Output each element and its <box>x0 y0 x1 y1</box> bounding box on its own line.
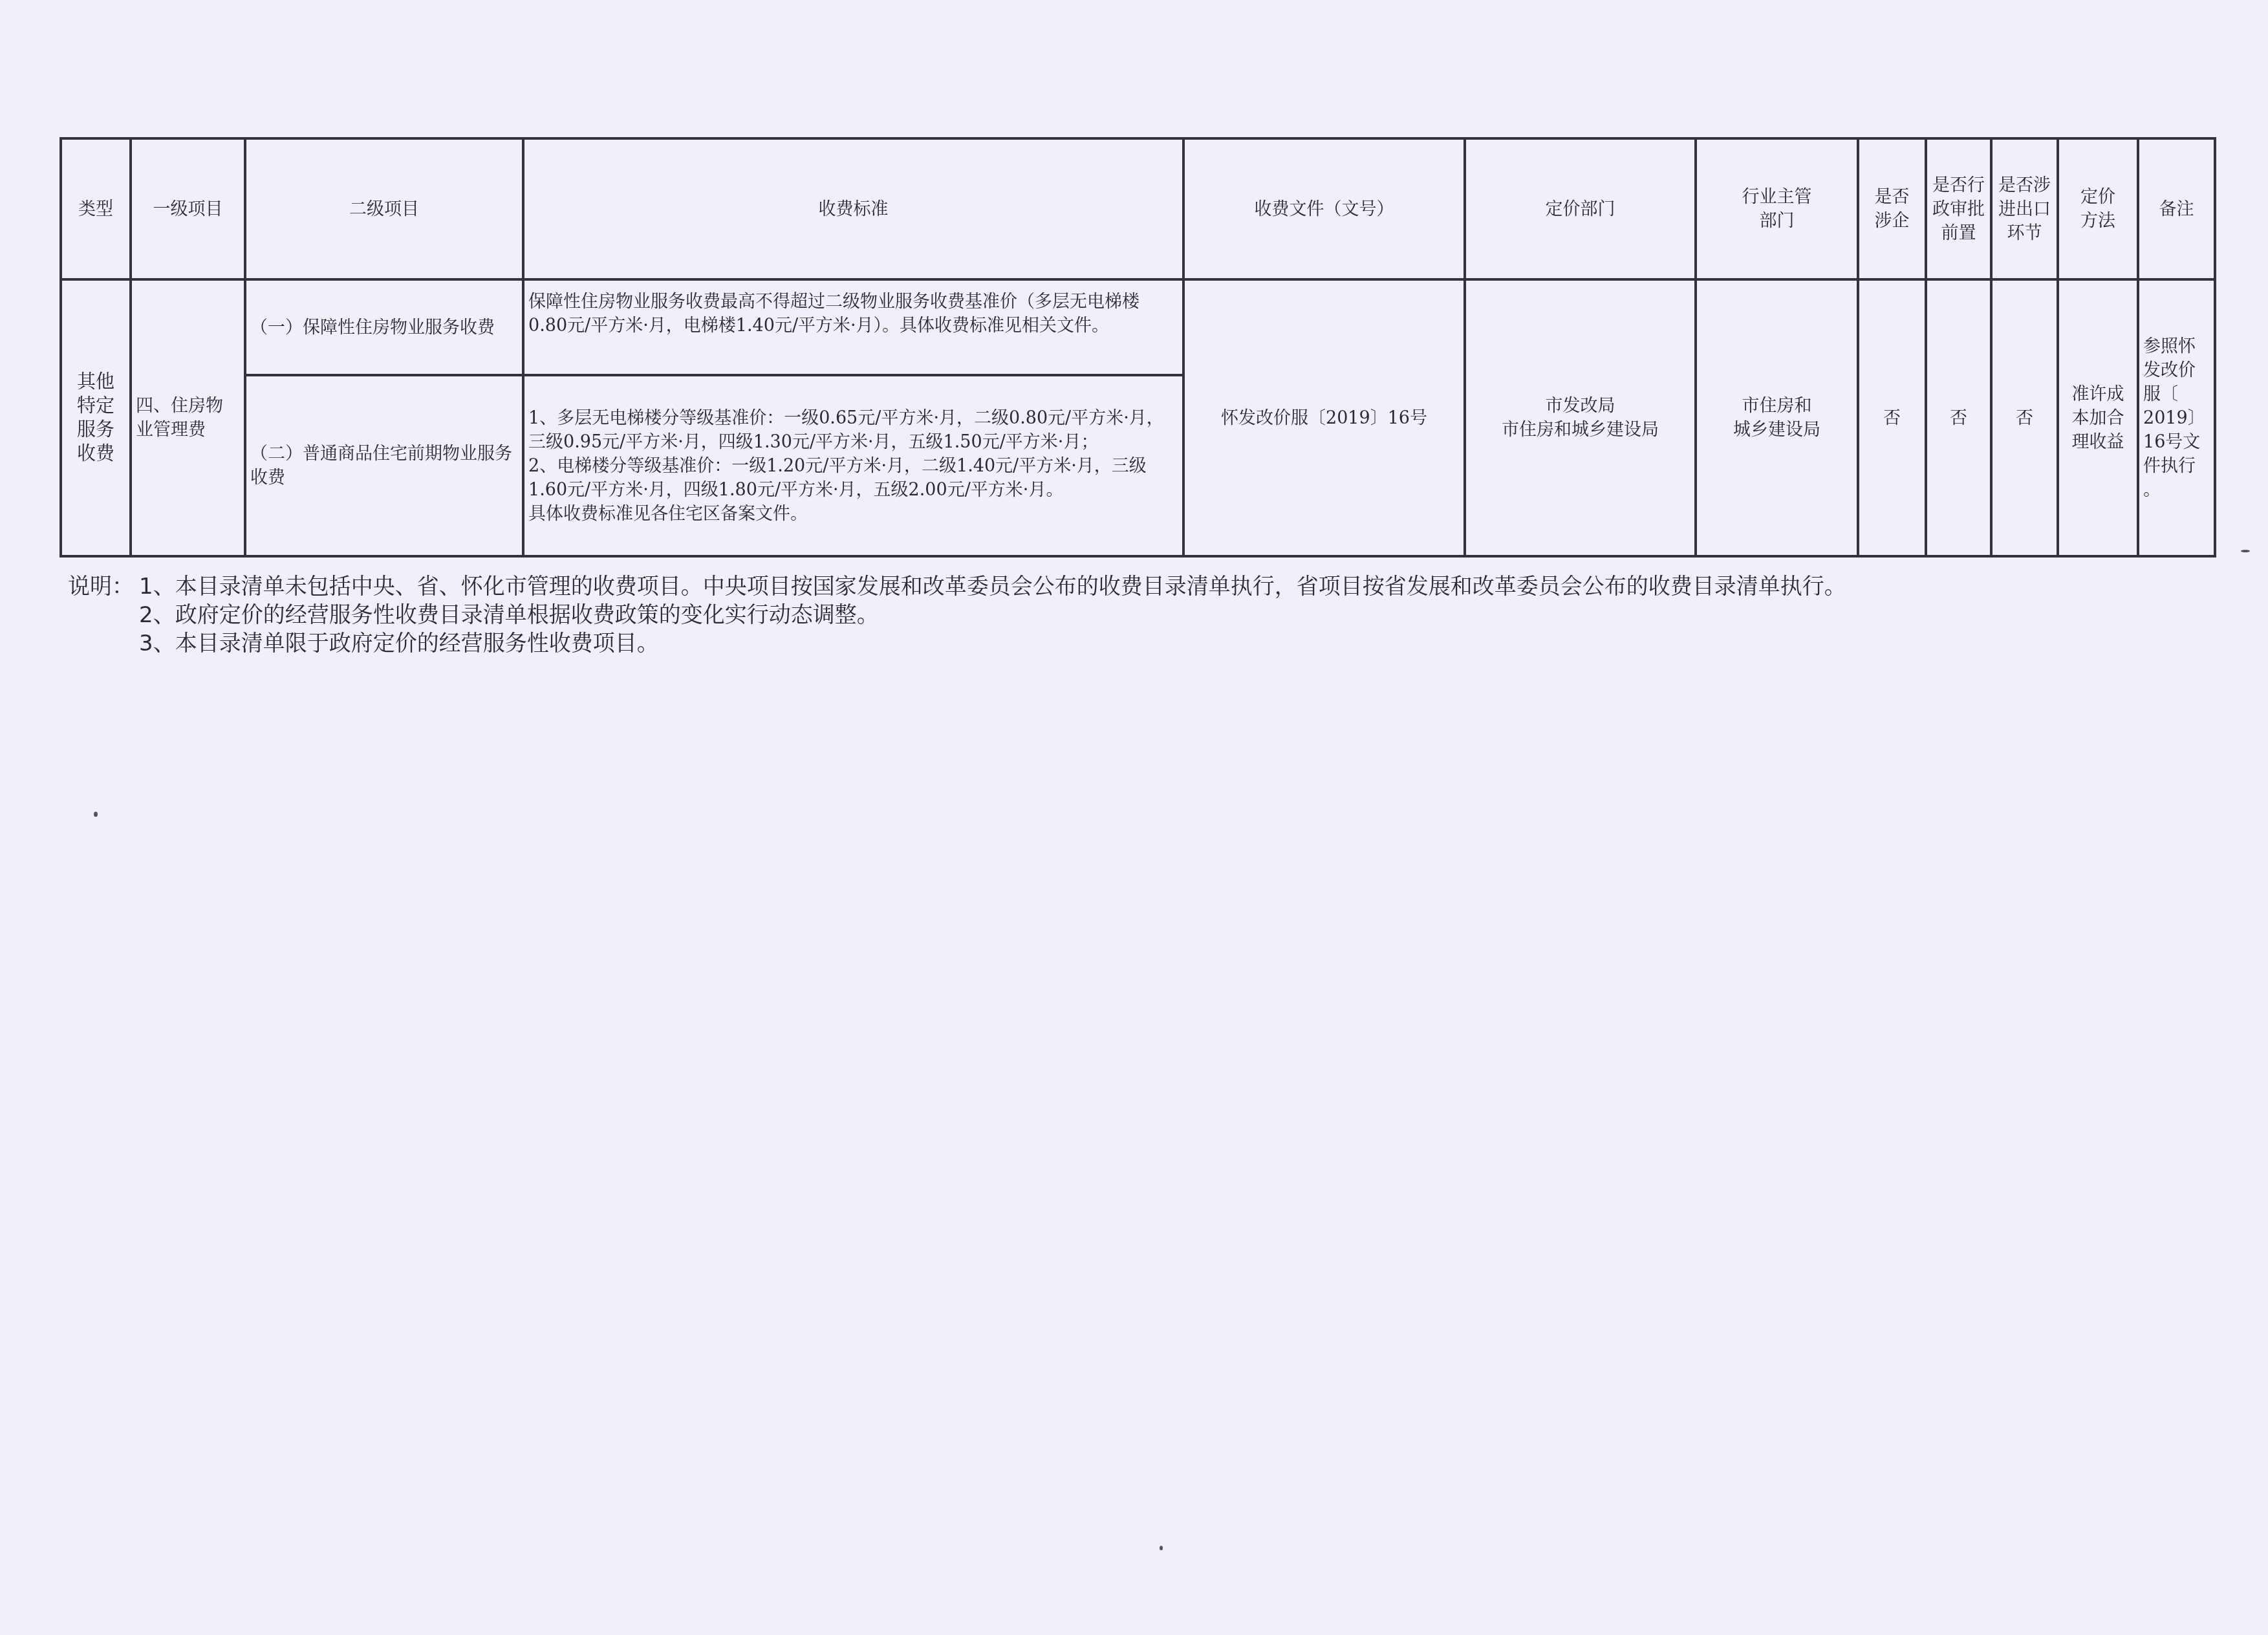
scan-speck <box>94 812 98 817</box>
note-text: 2、政府定价的经营服务性收费目录清单根据收费政策的变化实行动态调整。 <box>139 601 879 629</box>
header-industry-dept: 行业主管 部门 <box>1696 138 1858 279</box>
header-fee-document: 收费文件（文号） <box>1183 138 1465 279</box>
import-export-cell: 否 <box>1991 279 2058 556</box>
standard-cell: 1、多层无电梯楼分等级基准价：一级0.65元/平方米·月，二级0.80元/平方米… <box>523 375 1183 556</box>
header-level2: 二级项目 <box>245 138 523 279</box>
admin-approval-cell: 否 <box>1926 279 1991 556</box>
pricing-dept-cell: 市发改局 市住房和城乡建设局 <box>1465 279 1696 556</box>
level2-cell: （一）保障性住房物业服务收费 <box>245 279 523 375</box>
fee-catalog-table: 类型 一级项目 二级项目 收费标准 收费文件（文号） 定价部门 行业主管 部门 … <box>59 137 2216 558</box>
level1-cell: 四、住房物业管理费 <box>131 279 245 556</box>
fee-document-cell: 怀发改价服〔2019〕16号 <box>1183 279 1465 556</box>
header-row: 类型 一级项目 二级项目 收费标准 收费文件（文号） 定价部门 行业主管 部门 … <box>61 138 2215 279</box>
involves-enterprise-cell: 否 <box>1858 279 1926 556</box>
scan-speck <box>1160 1546 1163 1550</box>
note-item: 说明： 1、本目录清单未包括中央、省、怀化市管理的收费项目。中央项目按国家发展和… <box>68 572 1846 601</box>
table-row: 其他 特定 服务 收费 四、住房物业管理费 （一）保障性住房物业服务收费 保障性… <box>61 279 2215 375</box>
scan-speck <box>2241 550 2250 552</box>
standard-cell: 保障性住房物业服务收费最高不得超过二级物业服务收费基准价（多层无电梯楼0.80元… <box>523 279 1183 375</box>
category-cell: 其他 特定 服务 收费 <box>61 279 131 556</box>
note-item: 3、本目录清单限于政府定价的经营服务性收费项目。 <box>68 629 1846 658</box>
remarks-cell: 参照怀 发改价 服〔 2019〕 16号文 件执行 。 <box>2138 279 2215 556</box>
notes-section: 说明： 1、本目录清单未包括中央、省、怀化市管理的收费项目。中央项目按国家发展和… <box>68 572 1846 658</box>
pricing-method-cell: 准许成 本加合 理收益 <box>2058 279 2138 556</box>
note-text: 1、本目录清单未包括中央、省、怀化市管理的收费项目。中央项目按国家发展和改革委员… <box>139 572 1846 601</box>
industry-dept-cell: 市住房和 城乡建设局 <box>1696 279 1858 556</box>
header-pricing-dept: 定价部门 <box>1465 138 1696 279</box>
level2-cell: （二）普通商品住宅前期物业服务收费 <box>245 375 523 556</box>
header-level1: 一级项目 <box>131 138 245 279</box>
header-import-export: 是否涉 进出口 环节 <box>1991 138 2058 279</box>
header-pricing-method: 定价 方法 <box>2058 138 2138 279</box>
header-remarks: 备注 <box>2138 138 2215 279</box>
note-item: 2、政府定价的经营服务性收费目录清单根据收费政策的变化实行动态调整。 <box>68 601 1846 629</box>
note-text: 3、本目录清单限于政府定价的经营服务性收费项目。 <box>139 629 659 658</box>
header-standard: 收费标准 <box>523 138 1183 279</box>
notes-label: 说明： <box>68 572 139 601</box>
header-type: 类型 <box>61 138 131 279</box>
header-admin-approval: 是否行 政审批 前置 <box>1926 138 1991 279</box>
header-involves-enterprise: 是否 涉企 <box>1858 138 1926 279</box>
